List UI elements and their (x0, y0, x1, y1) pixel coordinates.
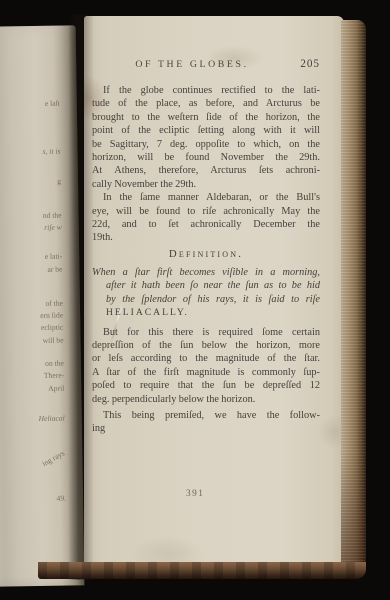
paragraph-1: If the globe continues rectified to the … (92, 84, 320, 191)
left-page-text-fragment: g (57, 178, 61, 186)
left-page-text-fragment: will be (43, 337, 64, 345)
text-line: 22d, and to ſet achronically December th… (92, 218, 320, 231)
text-line: A ſtar of the firſt magnitude is commonl… (92, 366, 320, 379)
text-line: If the globe continues rectified to the … (92, 84, 320, 97)
text-line: brought to the weſtern ſide of the horiz… (92, 111, 320, 124)
page-content: OF THE GLOBES. 205 If the globe continue… (92, 58, 320, 436)
left-page-text-fragment: April (48, 385, 64, 393)
running-title: OF THE GLOBES. (92, 59, 292, 70)
definition-text: When a ſtar firſt becomes viſible in a m… (92, 266, 320, 320)
left-page-text-fragment: nd the (43, 212, 62, 220)
text-line: But for this there is required ſome cert… (92, 326, 320, 339)
left-page-text-fragment: ern ſide (40, 312, 63, 320)
text-line: cally November the 29th. (92, 178, 320, 191)
text-line: tude of the place, as before, and Arctur… (92, 97, 320, 110)
page-number: 205 (300, 58, 320, 70)
text-line: At Athens, therefore, Arcturus ſets achr… (92, 164, 320, 177)
previous-page-edge: e laſts, it isgnd theriſe we lati-ar beo… (0, 25, 84, 586)
text-line: ing (92, 422, 320, 435)
book-binding-bottom (38, 562, 366, 579)
text-line: point of the ecliptic ſetting along with… (92, 124, 320, 137)
text-line: When a ſtar firſt becomes viſible in a m… (92, 266, 320, 279)
paragraph-3: But for this there is required ſome cert… (92, 326, 320, 406)
left-page-text-fragment: of the (45, 300, 63, 308)
left-page-text-fragment: on the (45, 360, 64, 368)
page-header: OF THE GLOBES. 205 (92, 58, 320, 72)
text-line: eye, will be found to riſe achronically … (92, 205, 320, 218)
left-page-text-fragment: ecliptic (41, 324, 63, 332)
text-line: HELIACALLY. (92, 306, 320, 319)
paragraph-4: This being premiſed, we have the follow-… (92, 409, 320, 436)
left-page-text-fragment: There- (44, 372, 64, 380)
text-line: In the ſame manner Aldebaran, or the Bul… (92, 191, 320, 204)
left-page-text-fragment: s, it is (43, 148, 61, 156)
text-line: deg. perpendicularly below the horizon. (92, 393, 320, 406)
press-figure: 391 (186, 489, 204, 499)
text-line: after it hath been ſo near the ſun as to… (92, 279, 320, 292)
left-page-text-fragment: e laſt (45, 100, 60, 108)
left-page-fragments: e laſts, it isgnd theriſe we lati-ar beo… (0, 25, 76, 26)
left-page-text-fragment: 49. (56, 495, 66, 503)
text-line: 19th. (92, 231, 320, 244)
left-page-text-fragment: ing rays (41, 449, 66, 468)
text-line: or leſs according to the magnitude of th… (92, 352, 320, 365)
text-line: be Sagittary, 7 deg. oppoſite to which, … (92, 138, 320, 151)
left-page-text-fragment: riſe w (44, 224, 62, 232)
paragraph-2: In the ſame manner Aldebaran, or the Bul… (92, 191, 320, 245)
left-page-text-fragment: Heliacal (39, 415, 65, 423)
book-photo: e laſts, it isgnd theriſe we lati-ar beo… (0, 0, 390, 600)
text-line: horizon, will be found November the 29th… (92, 151, 320, 164)
text-line: by the ſplendor of his rays, it is ſaid … (92, 293, 320, 306)
book-page: OF THE GLOBES. 205 If the globe continue… (84, 16, 344, 564)
text-line: This being premiſed, we have the follow- (92, 409, 320, 422)
left-page-text-fragment: e lati- (45, 253, 63, 261)
left-page-text-fragment: ar be (47, 266, 62, 274)
text-line: poſed to require that the ſun be depreſſ… (92, 379, 320, 392)
definition-heading: Definition. (92, 248, 320, 260)
book-fore-edge (341, 20, 366, 572)
text-line: depreſſion of the ſun below the horizon,… (92, 339, 320, 352)
